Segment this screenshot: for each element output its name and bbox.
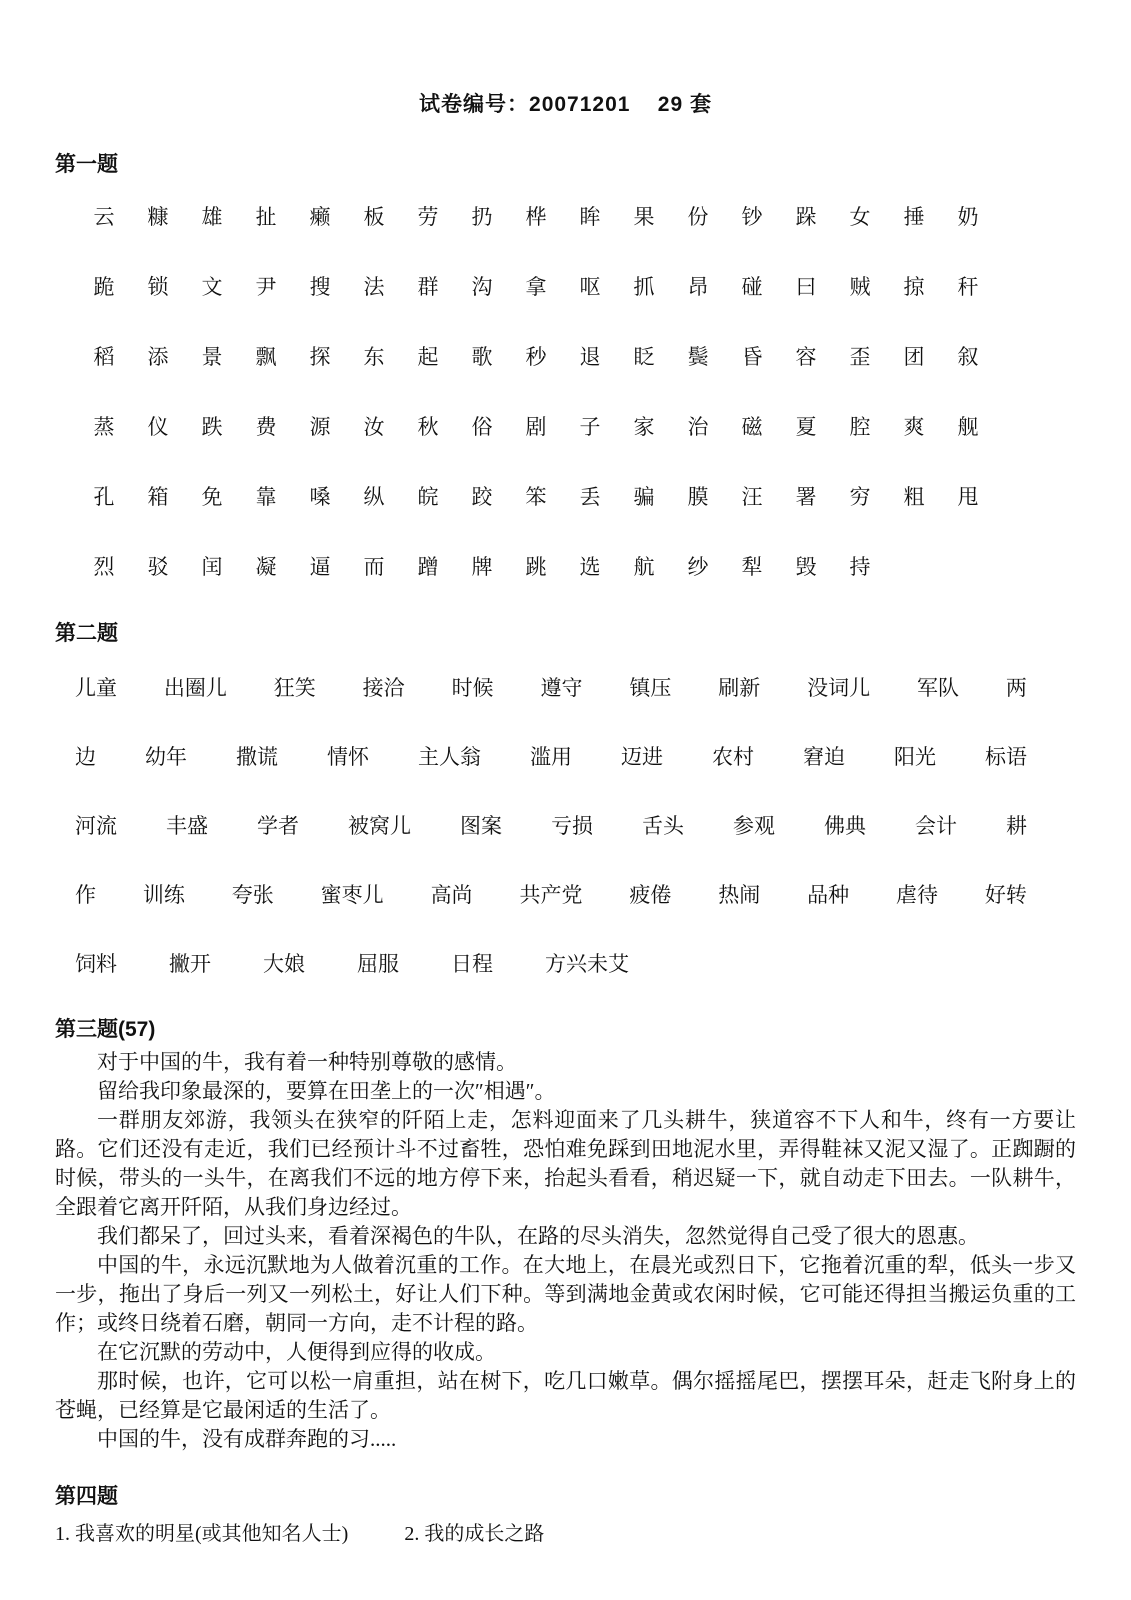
word-cell: 时候: [452, 672, 494, 702]
word-cell: 遵守: [540, 672, 582, 702]
character-cell: 孔: [77, 481, 131, 511]
grid-row: 饲料撇开大娘屈服日程方兴未艾: [75, 948, 1027, 978]
word-cell: 好转: [985, 879, 1027, 909]
word-cell: 主人翁: [418, 741, 481, 771]
word-cell: 耕: [1006, 810, 1027, 840]
character-cell: 扔: [455, 201, 509, 231]
character-cell: 凝: [239, 551, 293, 581]
character-cell: 跌: [185, 411, 239, 441]
character-cell: 粗: [887, 481, 941, 511]
character-cell: 箱: [131, 481, 185, 511]
character-cell: 跳: [509, 551, 563, 581]
section-4: 第四题 1. 我喜欢的明星(或其他知名人士) 2. 我的成长之路: [55, 1484, 1076, 1546]
word-cell: 儿童: [75, 672, 117, 702]
character-cell: 扯: [239, 201, 293, 231]
word-cell: 参观: [733, 810, 775, 840]
character-cell: 驳: [131, 551, 185, 581]
page-title: 试卷编号：20071201 29 套: [55, 88, 1076, 118]
word-cell: 滥用: [530, 741, 572, 771]
word-cell: 屈服: [357, 948, 399, 978]
character-cell: 昂: [671, 271, 725, 301]
grid-row: 云糠雄扯癞板劳扔桦眸果份钞跺女捶奶: [77, 201, 1076, 231]
passage-paragraph: 那时候，也许，它可以松一肩重担，站在树下，吃几口嫩草。偶尔摇摇尾巴，摆摆耳朵，赶…: [55, 1367, 1076, 1425]
word-cell: 会计: [915, 810, 957, 840]
word-cell: 舌头: [642, 810, 684, 840]
character-cell: 眸: [563, 201, 617, 231]
character-cell: 眨: [617, 341, 671, 371]
character-cell: 毁: [779, 551, 833, 581]
exam-paper-page: 试卷编号：20071201 29 套 第一题 云糠雄扯癞板劳扔桦眸果份钞跺女捶奶…: [55, 88, 1076, 1546]
character-cell: 蒸: [77, 411, 131, 441]
character-cell: 份: [671, 201, 725, 231]
character-cell: 钞: [725, 201, 779, 231]
word-cell: 品种: [807, 879, 849, 909]
character-cell: 文: [185, 271, 239, 301]
character-cell: 昏: [725, 341, 779, 371]
character-cell: 沟: [455, 271, 509, 301]
word-cell: 疲倦: [629, 879, 671, 909]
word-cell: 佛典: [824, 810, 866, 840]
word-cell: 情怀: [327, 741, 369, 771]
word-cell: 饲料: [75, 948, 117, 978]
character-cell: 秆: [941, 271, 995, 301]
passage-paragraph: 在它沉默的劳动中，人便得到应得的收成。: [55, 1338, 1076, 1367]
character-cell: 劳: [401, 201, 455, 231]
character-cell: 源: [293, 411, 347, 441]
passage-paragraph: 留给我印象最深的，要算在田垄上的一次″相遇″。: [55, 1077, 1076, 1106]
section-3: 第三题(57) 对于中国的牛，我有着一种特别尊敬的感情。留给我印象最深的，要算在…: [55, 1017, 1076, 1454]
word-cell: 热闹: [718, 879, 760, 909]
character-cell: 雄: [185, 201, 239, 231]
word-cell: 被窝儿: [348, 810, 411, 840]
word-cell: 共产党: [519, 879, 582, 909]
character-cell: 退: [563, 341, 617, 371]
passage-paragraph: 中国的牛，永远沉默地为人做着沉重的工作。在大地上，在晨光或烈日下，它拖着沉重的犁…: [55, 1251, 1076, 1338]
character-cell: 爽: [887, 411, 941, 441]
character-cell: 曰: [779, 271, 833, 301]
character-cell: 跺: [779, 201, 833, 231]
character-cell: 拿: [509, 271, 563, 301]
character-cell: 抓: [617, 271, 671, 301]
character-cell: 桦: [509, 201, 563, 231]
character-cell: 丢: [563, 481, 617, 511]
character-cell: 犁: [725, 551, 779, 581]
character-cell: 治: [671, 411, 725, 441]
word-cell: 狂笑: [274, 672, 316, 702]
grid-row: 跪锁文尹搜法群沟拿呕抓昂碰曰贼掠秆: [77, 271, 1076, 301]
word-cell: 没词儿: [807, 672, 870, 702]
character-cell: 稻: [77, 341, 131, 371]
essay-topic-1: 1. 我喜欢的明星(或其他知名人士): [55, 1517, 348, 1546]
word-cell: 蜜枣儿: [321, 879, 384, 909]
word-cell: 亏损: [551, 810, 593, 840]
character-cell: 皖: [401, 481, 455, 511]
reading-passage: 对于中国的牛，我有着一种特别尊敬的感情。留给我印象最深的，要算在田垄上的一次″相…: [55, 1048, 1076, 1454]
grid-row: 儿童出圈儿狂笑接洽时候遵守镇压刷新没词儿军队两: [75, 672, 1027, 702]
character-cell: 穷: [833, 481, 887, 511]
character-cell: 板: [347, 201, 401, 231]
character-cell: 笨: [509, 481, 563, 511]
word-cell: 训练: [143, 879, 185, 909]
section3-heading: 第三题(57): [55, 1017, 1076, 1042]
character-cell: 跪: [77, 271, 131, 301]
character-cell: 腔: [833, 411, 887, 441]
character-cell: 磁: [725, 411, 779, 441]
word-cell: 边: [75, 741, 96, 771]
character-cell: 贼: [833, 271, 887, 301]
character-cell: 牌: [455, 551, 509, 581]
character-cell: 锁: [131, 271, 185, 301]
character-cell: 秋: [401, 411, 455, 441]
character-cell: 免: [185, 481, 239, 511]
word-cell: 丰盛: [166, 810, 208, 840]
character-cell: 膜: [671, 481, 725, 511]
character-cell: 呕: [563, 271, 617, 301]
word-cell: 军队: [917, 672, 959, 702]
character-cell: 团: [887, 341, 941, 371]
word-cell: 日程: [451, 948, 493, 978]
character-cell: 夏: [779, 411, 833, 441]
character-cell: 掠: [887, 271, 941, 301]
section2-word-grid: 儿童出圈儿狂笑接洽时候遵守镇压刷新没词儿军队两边幼年撒谎情怀主人翁滥用迈进农村窘…: [75, 672, 1027, 978]
character-cell: 选: [563, 551, 617, 581]
character-cell: 子: [563, 411, 617, 441]
essay-topics: 1. 我喜欢的明星(或其他知名人士) 2. 我的成长之路: [55, 1517, 1076, 1546]
grid-row: 孔箱免靠嗓纵皖跤笨丢骗膜汪署穷粗甩: [77, 481, 1076, 511]
passage-paragraph: 中国的牛，没有成群奔跑的习.....: [55, 1425, 1076, 1454]
character-cell: 癞: [293, 201, 347, 231]
character-cell: 容: [779, 341, 833, 371]
character-cell: 甩: [941, 481, 995, 511]
section1-character-grid: 云糠雄扯癞板劳扔桦眸果份钞跺女捶奶跪锁文尹搜法群沟拿呕抓昂碰曰贼掠秆稻添景飘探东…: [55, 201, 1076, 581]
character-cell: 航: [617, 551, 671, 581]
word-cell: 作: [75, 879, 96, 909]
character-cell: 探: [293, 341, 347, 371]
word-cell: 窘迫: [803, 741, 845, 771]
character-cell: 持: [833, 551, 887, 581]
character-cell: 捶: [887, 201, 941, 231]
word-cell: 方兴未艾: [545, 948, 629, 978]
character-cell: 跤: [455, 481, 509, 511]
character-cell: 东: [347, 341, 401, 371]
character-cell: 歪: [833, 341, 887, 371]
word-cell: 农村: [712, 741, 754, 771]
section-2: 第二题 儿童出圈儿狂笑接洽时候遵守镇压刷新没词儿军队两边幼年撒谎情怀主人翁滥用迈…: [55, 621, 1076, 978]
character-cell: 闰: [185, 551, 239, 581]
grid-row: 河流丰盛学者被窝儿图案亏损舌头参观佛典会计耕: [75, 810, 1027, 840]
character-cell: 女: [833, 201, 887, 231]
word-cell: 迈进: [621, 741, 663, 771]
word-cell: 高尚: [431, 879, 473, 909]
character-cell: 逼: [293, 551, 347, 581]
word-cell: 大娘: [263, 948, 305, 978]
section2-heading: 第二题: [55, 621, 1076, 646]
word-cell: 出圈儿: [164, 672, 227, 702]
word-cell: 河流: [75, 810, 117, 840]
word-cell: 学者: [257, 810, 299, 840]
word-cell: 两: [1006, 672, 1027, 702]
word-cell: 标语: [985, 741, 1027, 771]
character-cell: 碰: [725, 271, 779, 301]
character-cell: 添: [131, 341, 185, 371]
word-cell: 图案: [460, 810, 502, 840]
character-cell: 飘: [239, 341, 293, 371]
character-cell: 云: [77, 201, 131, 231]
grid-row: 稻添景飘探东起歌秒退眨鬓昏容歪团叙: [77, 341, 1076, 371]
word-cell: 镇压: [629, 672, 671, 702]
essay-topic-2: 2. 我的成长之路: [404, 1517, 544, 1546]
word-cell: 接洽: [363, 672, 405, 702]
character-cell: 景: [185, 341, 239, 371]
character-cell: 搜: [293, 271, 347, 301]
character-cell: 嗓: [293, 481, 347, 511]
character-cell: 群: [401, 271, 455, 301]
character-cell: 剧: [509, 411, 563, 441]
character-cell: 仪: [131, 411, 185, 441]
character-cell: 尹: [239, 271, 293, 301]
word-cell: 阳光: [894, 741, 936, 771]
character-cell: 法: [347, 271, 401, 301]
section-1: 第一题 云糠雄扯癞板劳扔桦眸果份钞跺女捶奶跪锁文尹搜法群沟拿呕抓昂碰曰贼掠秆稻添…: [55, 152, 1076, 581]
character-cell: 叙: [941, 341, 995, 371]
character-cell: 糠: [131, 201, 185, 231]
character-cell: 汪: [725, 481, 779, 511]
section1-heading: 第一题: [55, 152, 1076, 177]
character-cell: 蹭: [401, 551, 455, 581]
word-cell: 夸张: [232, 879, 274, 909]
grid-row: 边幼年撒谎情怀主人翁滥用迈进农村窘迫阳光标语: [75, 741, 1027, 771]
character-cell: 靠: [239, 481, 293, 511]
character-cell: 歌: [455, 341, 509, 371]
character-cell: 奶: [941, 201, 995, 231]
character-cell: 烈: [77, 551, 131, 581]
character-cell: 骗: [617, 481, 671, 511]
character-cell: 而: [347, 551, 401, 581]
passage-paragraph: 一群朋友郊游，我领头在狭窄的阡陌上走，怎料迎面来了几头耕牛，狭道容不下人和牛，终…: [55, 1106, 1076, 1222]
character-cell: 费: [239, 411, 293, 441]
section4-heading: 第四题: [55, 1484, 1076, 1509]
word-cell: 刷新: [718, 672, 760, 702]
character-cell: 署: [779, 481, 833, 511]
word-cell: 虐待: [896, 879, 938, 909]
passage-paragraph: 对于中国的牛，我有着一种特别尊敬的感情。: [55, 1048, 1076, 1077]
character-cell: 汝: [347, 411, 401, 441]
character-cell: 俗: [455, 411, 509, 441]
word-cell: 撇开: [169, 948, 211, 978]
character-cell: 舰: [941, 411, 995, 441]
grid-row: 作训练夸张蜜枣儿高尚共产党疲倦热闹品种虐待好转: [75, 879, 1027, 909]
grid-row: 蒸仪跌费源汝秋俗剧子家治磁夏腔爽舰: [77, 411, 1076, 441]
passage-paragraph: 我们都呆了，回过头来，看着深褐色的牛队，在路的尽头消失，忽然觉得自己受了很大的恩…: [55, 1222, 1076, 1251]
word-cell: 撒谎: [236, 741, 278, 771]
grid-row: 烈驳闰凝逼而蹭牌跳选航纱犁毁持: [77, 551, 1076, 581]
character-cell: 鬓: [671, 341, 725, 371]
character-cell: 纱: [671, 551, 725, 581]
character-cell: 秒: [509, 341, 563, 371]
character-cell: 纵: [347, 481, 401, 511]
character-cell: 果: [617, 201, 671, 231]
character-cell: 起: [401, 341, 455, 371]
word-cell: 幼年: [145, 741, 187, 771]
character-cell: 家: [617, 411, 671, 441]
